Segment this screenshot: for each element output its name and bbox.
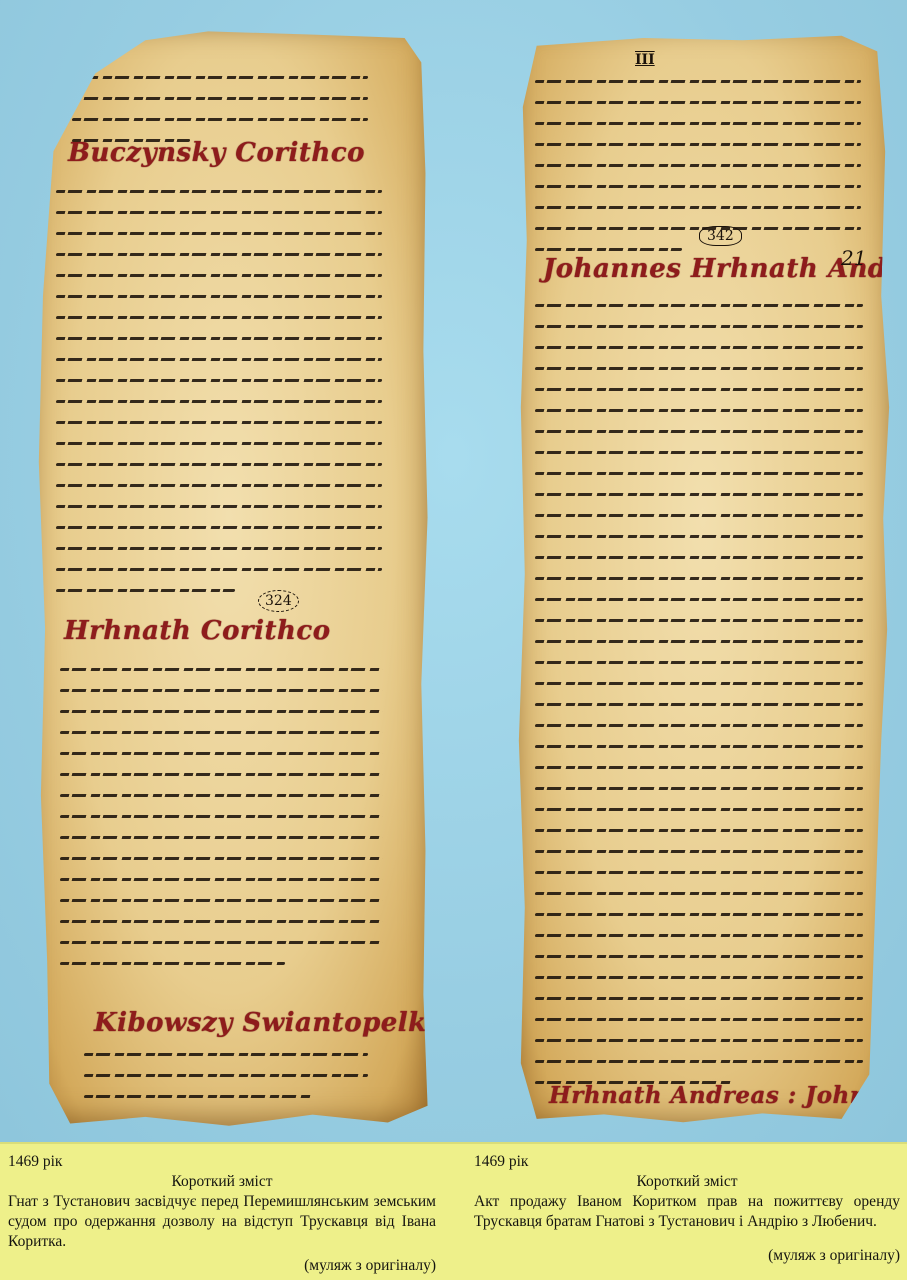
rubric-heading: Kibowszy Swiantopelk bbox=[94, 1008, 427, 1038]
display-board: Buczynsky Corithco 324 Hrhnath Corithco … bbox=[0, 0, 907, 1142]
handwritten-text-block bbox=[56, 190, 382, 610]
caption-note: (муляж з оригіналу) bbox=[8, 1256, 436, 1276]
handwritten-text-block bbox=[60, 668, 382, 983]
caption-summary: Акт продажу Іваном Коритком прав на пожи… bbox=[474, 1192, 900, 1232]
manuscript-right: III 342 Johannes Hrhnath Andr 21 Hrhnath… bbox=[505, 18, 901, 1130]
caption-right: 1469 рік Короткий зміст Акт продажу Іван… bbox=[474, 1152, 900, 1266]
caption-title: Короткий зміст bbox=[474, 1172, 900, 1192]
rubric-heading: Buczynsky Corithco bbox=[68, 138, 365, 168]
folio-number-stamp: 324 bbox=[258, 590, 299, 612]
handwritten-text-block bbox=[535, 80, 861, 269]
caption-note: (муляж з оригіналу) bbox=[474, 1246, 900, 1266]
caption-left: 1469 рік Короткий зміст Гнат з Тустанови… bbox=[8, 1152, 436, 1276]
rubric-heading: Hrhnath Corithco bbox=[64, 616, 331, 646]
folio-number-stamp: 342 bbox=[699, 226, 742, 246]
caption-year: 1469 рік bbox=[474, 1152, 900, 1172]
caption-strip: 1469 рік Короткий зміст Гнат з Тустанови… bbox=[0, 1142, 907, 1280]
caption-year: 1469 рік bbox=[8, 1152, 436, 1172]
handwritten-text-block bbox=[84, 1053, 368, 1116]
caption-summary: Гнат з Тустанович засвідчує перед Переми… bbox=[8, 1192, 436, 1252]
manuscript-left: Buczynsky Corithco 324 Hrhnath Corithco … bbox=[20, 18, 438, 1128]
handwritten-text-block bbox=[535, 304, 863, 1102]
roman-numeral-marking: III bbox=[635, 52, 655, 68]
margin-number: 21 bbox=[841, 246, 866, 270]
caption-title: Короткий зміст bbox=[8, 1172, 436, 1192]
rubric-heading: Hrhnath Andreas : Johns bbox=[549, 1082, 880, 1109]
